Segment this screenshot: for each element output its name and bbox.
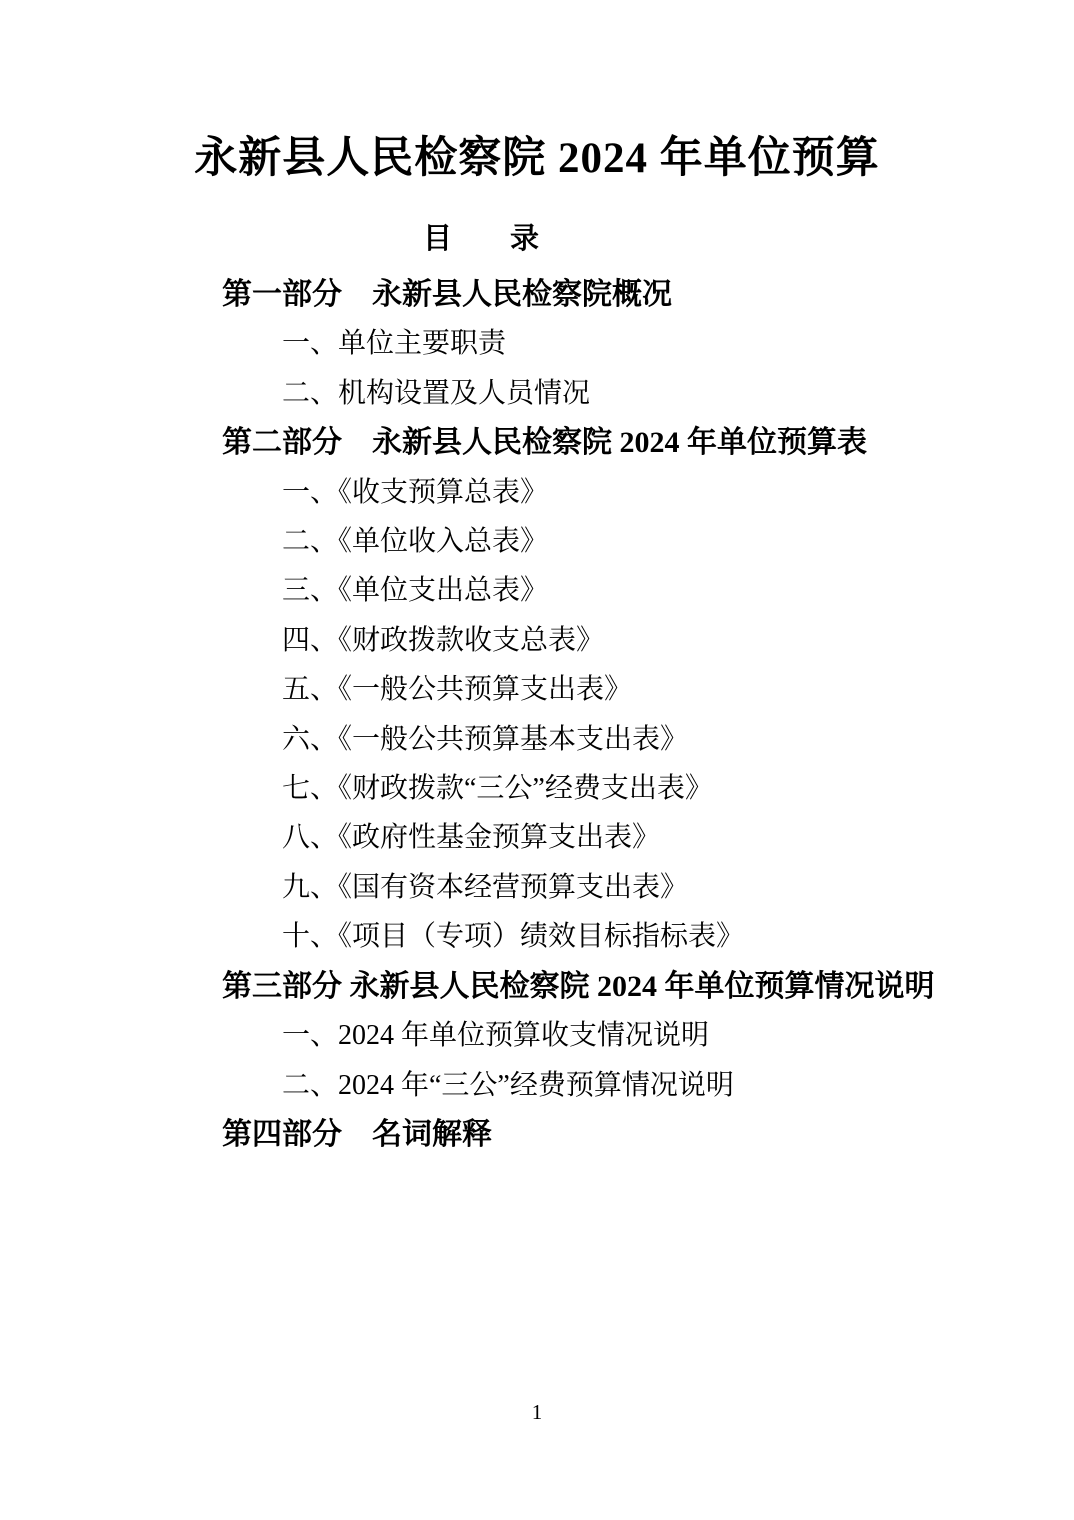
toc-item-entry: 一、《收支预算总表》 [222, 468, 942, 517]
toc-list: 第一部分 永新县人民检察院概况一、单位主要职责二、机构设置及人员情况第二部分 永… [222, 270, 942, 1159]
toc-item-entry: 六、《一般公共预算基本支出表》 [222, 715, 942, 764]
toc-section-entry: 第四部分 名词解释 [222, 1110, 942, 1159]
toc-item-entry: 二、机构设置及人员情况 [222, 369, 942, 418]
toc-item-entry: 九、《国有资本经营预算支出表》 [222, 863, 942, 912]
toc-item-entry: 二、2024 年“三公”经费预算情况说明 [222, 1061, 942, 1110]
toc-item-entry: 一、单位主要职责 [222, 319, 942, 368]
toc-heading: 目 录 [423, 216, 539, 257]
toc-item-entry: 十、《项目（专项）绩效目标指标表》 [222, 912, 942, 961]
toc-section-entry: 第三部分 永新县人民检察院 2024 年单位预算情况说明 [222, 962, 942, 1011]
toc-item-entry: 三、《单位支出总表》 [222, 566, 942, 615]
toc-section-entry: 第一部分 永新县人民检察院概况 [222, 270, 942, 319]
toc-item-entry: 一、2024 年单位预算收支情况说明 [222, 1011, 942, 1060]
document-page: 永新县人民检察院 2024 年单位预算 目 录 第一部分 永新县人民检察院概况一… [0, 0, 1074, 1520]
toc-item-entry: 五、《一般公共预算支出表》 [222, 665, 942, 714]
toc-item-entry: 四、《财政拨款收支总表》 [222, 616, 942, 665]
document-title: 永新县人民检察院 2024 年单位预算 [0, 124, 1074, 185]
toc-item-entry: 八、《政府性基金预算支出表》 [222, 813, 942, 862]
toc-item-entry: 七、《财政拨款“三公”经费支出表》 [222, 764, 942, 813]
toc-section-entry: 第二部分 永新县人民检察院 2024 年单位预算表 [222, 418, 942, 467]
page-number: 1 [0, 1400, 1074, 1425]
toc-item-entry: 二、《单位收入总表》 [222, 517, 942, 566]
